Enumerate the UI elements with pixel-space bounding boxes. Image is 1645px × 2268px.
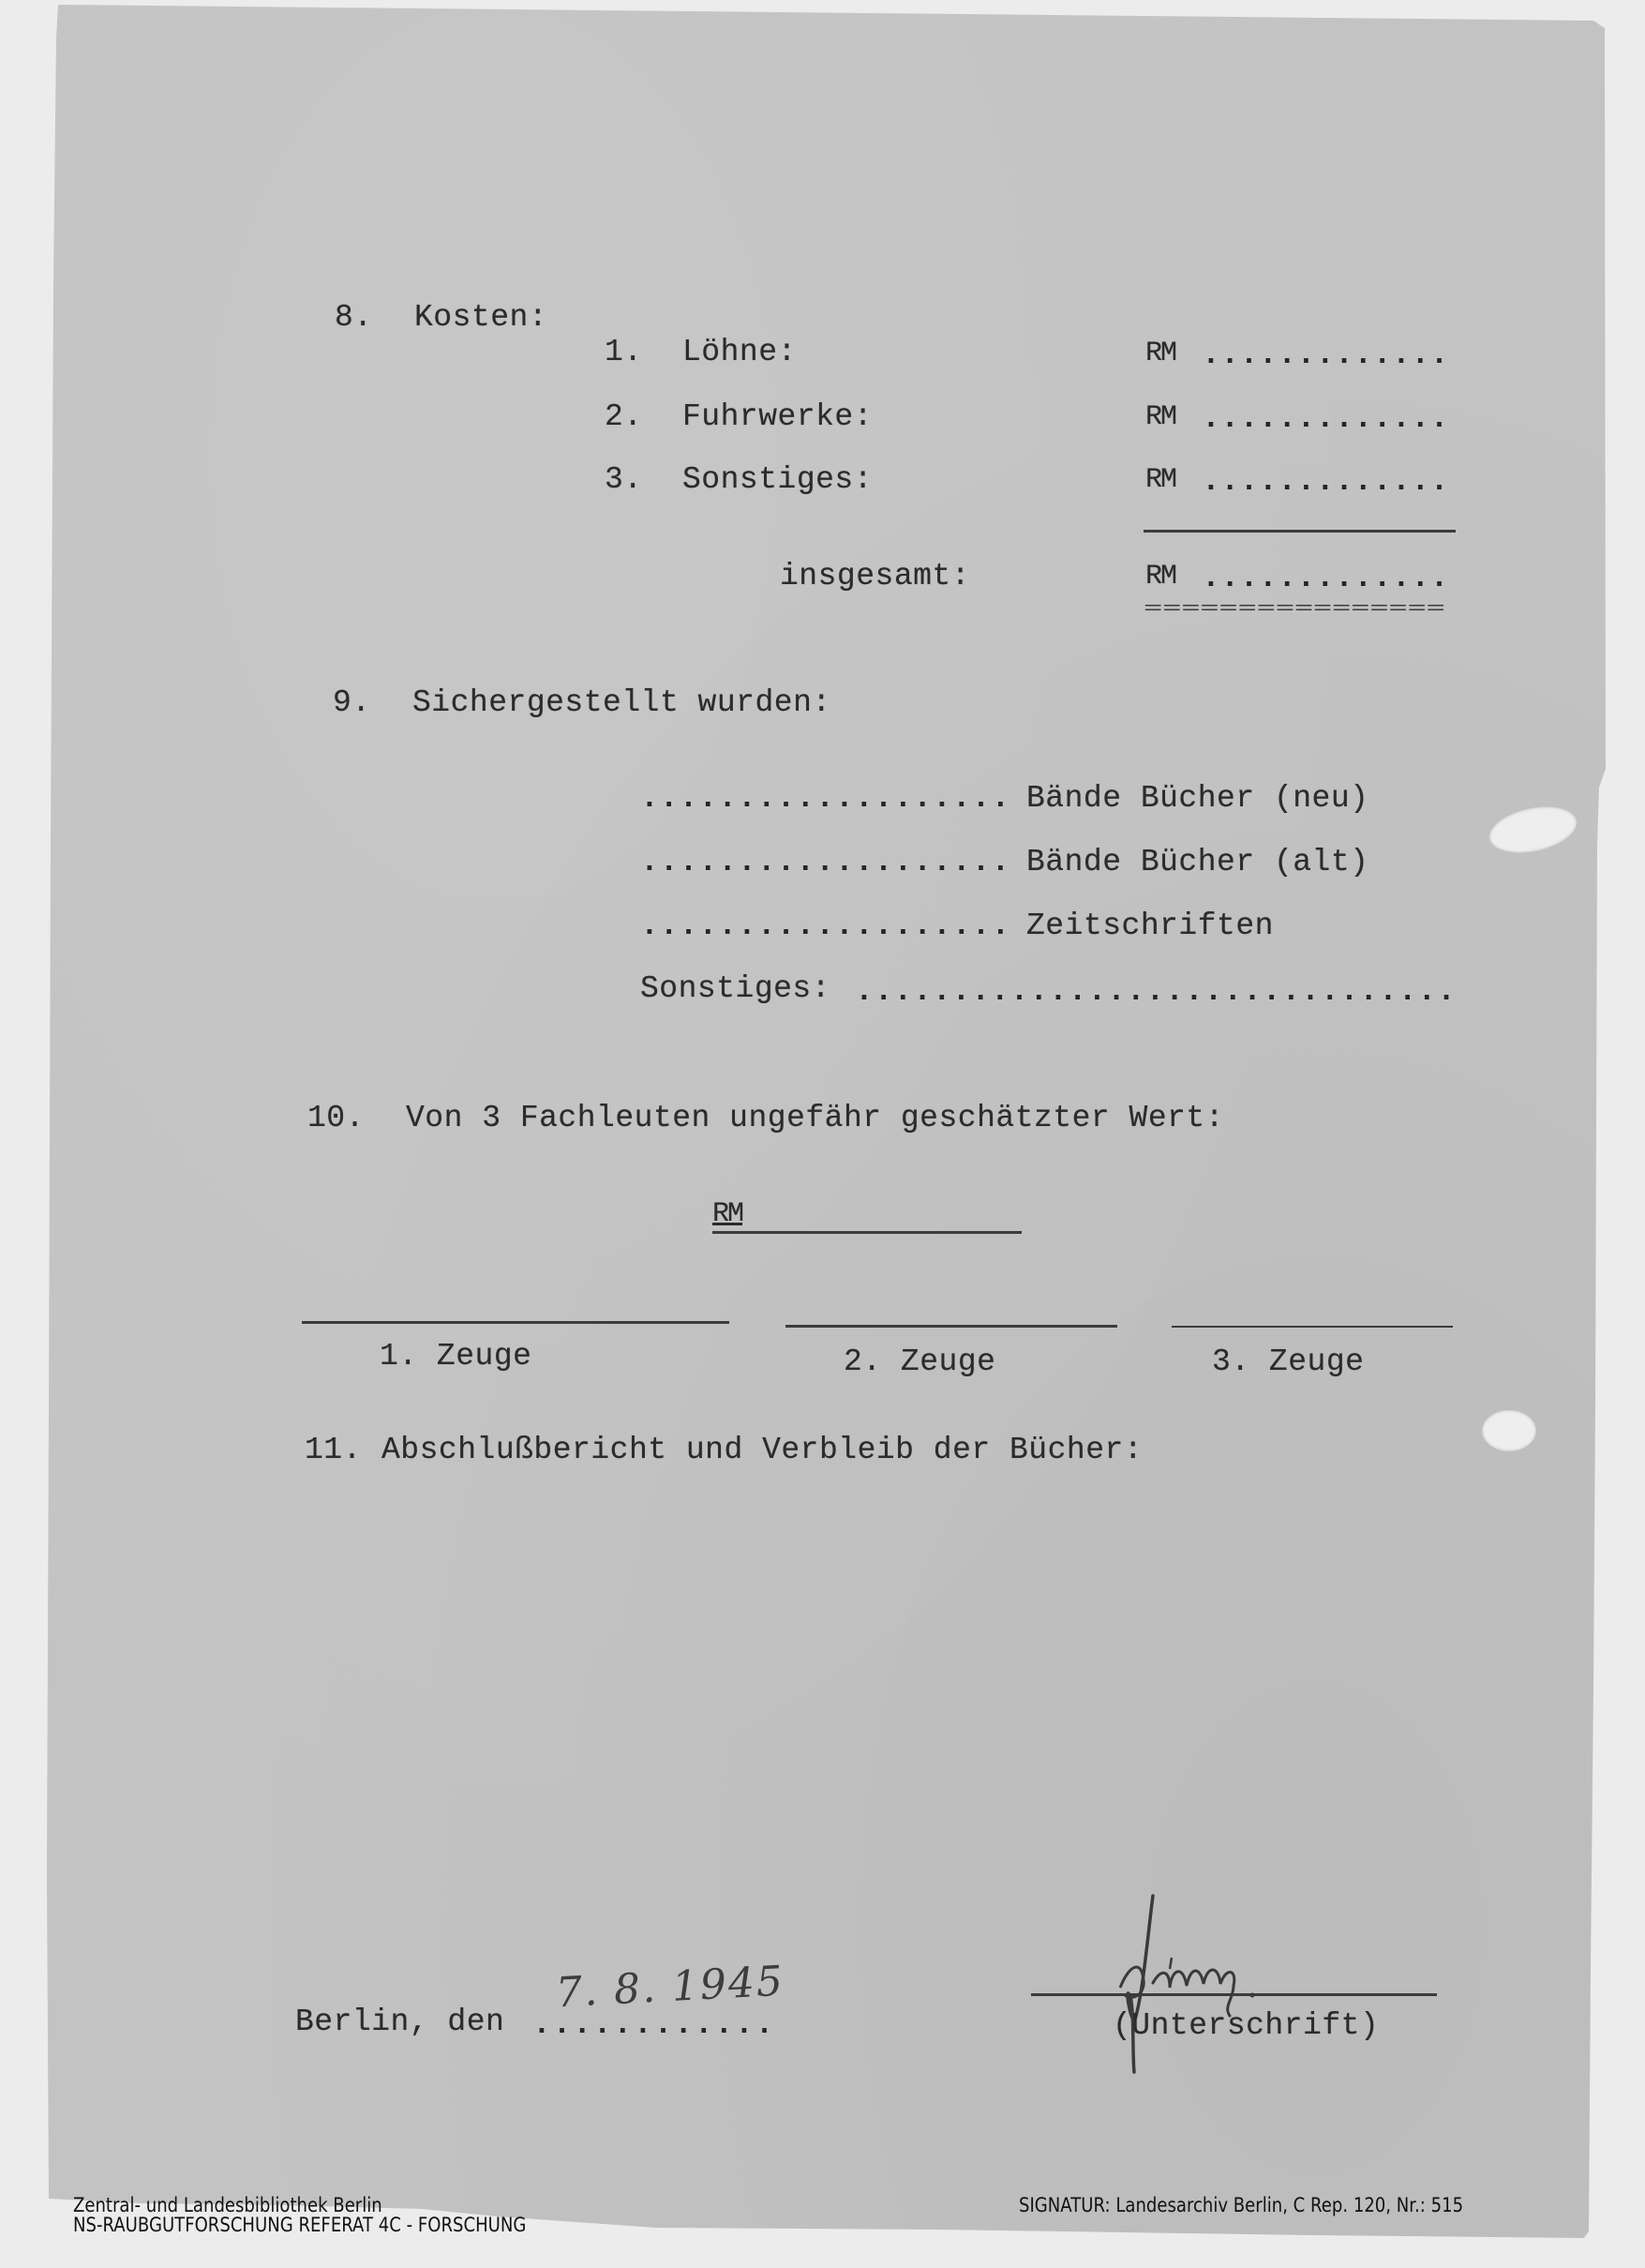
final-report-field[interactable]	[305, 1481, 1458, 1875]
total-double-rule: ================	[1144, 600, 1445, 618]
periodicals-label: Zeitschriften	[1026, 910, 1274, 941]
signature-icon	[1012, 1875, 1443, 2081]
books-new-count-field[interactable]: ...................	[640, 783, 1010, 814]
witness-2-signature-line[interactable]	[785, 1325, 1117, 1328]
books-old-count-field[interactable]: ...................	[640, 847, 1010, 878]
section-9-number: 9.	[333, 687, 371, 718]
footer-department: NS-RAUBGUTFORSCHUNG REFERAT 4C - FORSCHU…	[73, 2215, 526, 2235]
signature-label: (Unterschrift)	[1113, 2010, 1379, 2041]
place-label: Berlin, den	[295, 2006, 504, 2037]
cost-item-3-value-field[interactable]: .............	[1202, 466, 1449, 497]
cost-item-3-currency: RM	[1145, 466, 1175, 494]
books-new-label: Bände Bücher (neu)	[1026, 783, 1368, 814]
estimated-value-field[interactable]	[712, 1231, 1022, 1234]
punch-hole-bottom	[1482, 1410, 1536, 1451]
cost-item-1-value-field[interactable]: .............	[1202, 339, 1449, 370]
total-currency: RM	[1145, 563, 1175, 591]
footer-signature-reference: SIGNATUR: Landesarchiv Berlin, C Rep. 12…	[1019, 2196, 1463, 2215]
witness-1-label: 1. Zeuge	[380, 1341, 531, 1372]
cost-item-2-value-field[interactable]: .............	[1202, 403, 1449, 434]
section-11-title: Abschlußbericht und Verbleib der Bücher:	[381, 1434, 1143, 1465]
witness-2-label: 2. Zeuge	[844, 1346, 995, 1377]
cost-item-3-label: Sonstiges:	[682, 464, 873, 495]
total-value-field[interactable]: .............	[1202, 563, 1449, 593]
periodicals-count-field[interactable]: ...................	[640, 910, 1010, 941]
cost-item-2-label: Fuhrwerke:	[682, 401, 873, 432]
footer-library-name: Zentral- und Landesbibliothek Berlin	[73, 2196, 382, 2215]
cost-item-3-number: 3.	[605, 464, 643, 495]
section-10-title: Von 3 Fachleuten ungefähr geschätzter We…	[406, 1103, 1224, 1134]
books-old-label: Bände Bücher (alt)	[1026, 847, 1368, 878]
cost-item-2-currency: RM	[1145, 403, 1175, 431]
other-items-label: Sonstiges:	[640, 973, 830, 1004]
witness-3-label: 3. Zeuge	[1212, 1346, 1364, 1377]
other-items-field[interactable]: ...............................	[855, 976, 1457, 1007]
witness-3-signature-line[interactable]	[1172, 1326, 1453, 1328]
total-label: insgesamt:	[780, 561, 970, 592]
cost-item-2-number: 2.	[605, 401, 643, 432]
witness-1-signature-line[interactable]	[302, 1321, 729, 1324]
section-9-title: Sichergestellt wurden:	[412, 687, 831, 718]
estimated-value-currency: RM	[712, 1200, 742, 1228]
handwritten-date: 7. 8. 1945	[555, 1961, 785, 2015]
cost-item-1-label: Löhne:	[682, 337, 797, 368]
subtotal-rule	[1144, 530, 1456, 533]
section-11-number: 11.	[305, 1434, 362, 1465]
cost-item-1-number: 1.	[605, 337, 643, 368]
section-8-title: Kosten:	[414, 302, 547, 333]
section-10-number: 10.	[307, 1103, 365, 1134]
section-8-number: 8.	[335, 302, 373, 333]
cost-item-1-currency: RM	[1145, 339, 1175, 368]
